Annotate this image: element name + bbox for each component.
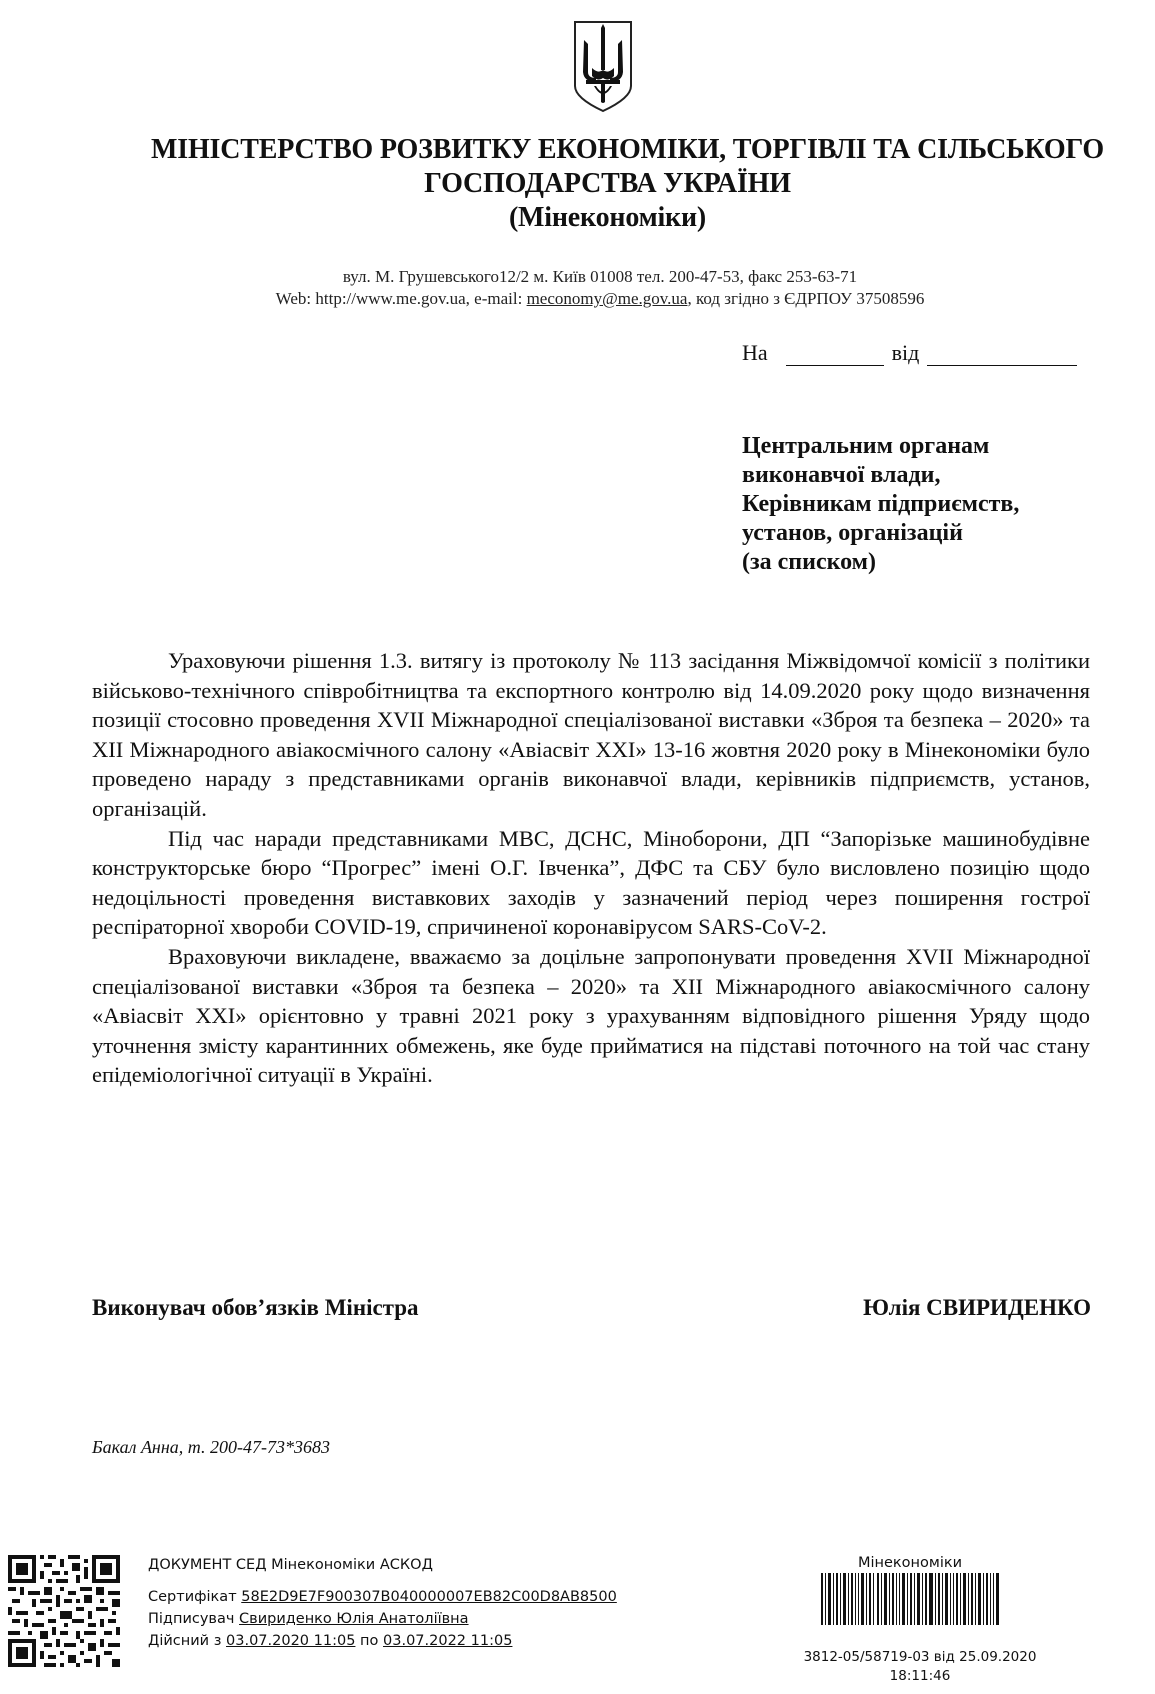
- ministry-title-line2: ГОСПОДАРСТВА УКРАЇНИ: [60, 167, 1155, 201]
- validity-row: Дійсний з 03.07.2020 11:05 по 03.07.2022…: [148, 1630, 617, 1652]
- body-paragraph: Під час наради представниками МВС, ДСНС,…: [92, 824, 1090, 942]
- ministry-title-line1: МІНІСТЕРСТВО РОЗВИТКУ ЕКОНОМІКИ, ТОРГІВЛ…: [60, 133, 1155, 167]
- addressee-line: виконавчої влади,: [742, 461, 1019, 490]
- certificate-label: Сертифікат: [148, 1589, 237, 1605]
- ministry-title: МІНІСТЕРСТВО РОЗВИТКУ ЕКОНОМІКИ, ТОРГІВЛ…: [60, 133, 1155, 235]
- signatory-name: Юлія СВИРИДЕНКО: [863, 1295, 1091, 1321]
- web-line: Web: http://www.me.gov.ua, e-mail: mecon…: [150, 288, 1050, 310]
- registration-time: 18:11:46: [800, 1667, 1040, 1686]
- valid-from-label: Дійсний з: [148, 1633, 221, 1649]
- ministry-short-name: (Мінекономіки): [60, 201, 1155, 235]
- qr-code-icon: [8, 1555, 120, 1667]
- web-suffix: , код згідно з ЄДРПОУ 37508596: [687, 289, 924, 308]
- addressee-block: Центральним органам виконавчої влади, Ке…: [742, 432, 1019, 577]
- ministry-contacts: вул. М. Грушевського12/2 м. Київ 01008 т…: [150, 266, 1050, 310]
- valid-to-value: 03.07.2022 11:05: [383, 1633, 512, 1649]
- registration-number: 3812-05/58719-03 від 25.09.2020: [800, 1648, 1040, 1667]
- address-line: вул. М. Грушевського12/2 м. Київ 01008 т…: [150, 266, 1050, 288]
- body-paragraph: Враховуючи викладене, вважаємо за доціль…: [92, 942, 1090, 1090]
- certificate-value: 58E2D9E7F900307B040000007EB82C00D8AB8500: [241, 1589, 617, 1605]
- reference-line: На від: [742, 340, 1077, 366]
- reference-from-label: від: [892, 340, 920, 366]
- registration-info: 3812-05/58719-03 від 25.09.2020 18:11:46: [800, 1648, 1040, 1686]
- reference-date-field: [927, 343, 1077, 366]
- body-paragraph: Ураховуючи рішення 1.3. витягу із проток…: [92, 646, 1090, 824]
- email-link[interactable]: meconomy@me.gov.ua: [527, 289, 688, 308]
- signer-label: Підписувач: [148, 1611, 234, 1627]
- ukraine-coat-of-arms-icon: [570, 18, 636, 114]
- barcode-label: Мінекономіки: [820, 1555, 1000, 1571]
- valid-from-value: 03.07.2020 11:05: [226, 1633, 355, 1649]
- barcode-icon: [821, 1573, 999, 1625]
- web-prefix: Web: http://www.me.gov.ua, e-mail:: [276, 289, 527, 308]
- addressee-line: установ, організацій: [742, 519, 1019, 548]
- registration-barcode-block: Мінекономіки: [820, 1555, 1000, 1625]
- addressee-line: Керівникам підприємств,: [742, 490, 1019, 519]
- sed-system-label: ДОКУМЕНТ СЕД Мінекономіки АСКОД: [148, 1554, 617, 1576]
- signatory-position: Виконувач обов’язків Міністра: [92, 1295, 419, 1321]
- addressee-line: (за списком): [742, 548, 1019, 577]
- signer-value: Свириденко Юлія Анатоліївна: [239, 1611, 469, 1627]
- e-signature-block: ДОКУМЕНТ СЕД Мінекономіки АСКОД Сертифік…: [148, 1554, 617, 1652]
- executor-info: Бакал Анна, т. 200-47-73*3683: [92, 1437, 330, 1458]
- reference-number-field: [786, 343, 884, 366]
- letter-body: Ураховуючи рішення 1.3. витягу із проток…: [92, 646, 1090, 1090]
- signer-row: Підписувач Свириденко Юлія Анатоліївна: [148, 1608, 617, 1630]
- addressee-line: Центральним органам: [742, 432, 1019, 461]
- reference-on-label: На: [742, 340, 768, 366]
- certificate-row: Сертифікат 58E2D9E7F900307B040000007EB82…: [148, 1586, 617, 1608]
- valid-to-label: по: [360, 1633, 378, 1649]
